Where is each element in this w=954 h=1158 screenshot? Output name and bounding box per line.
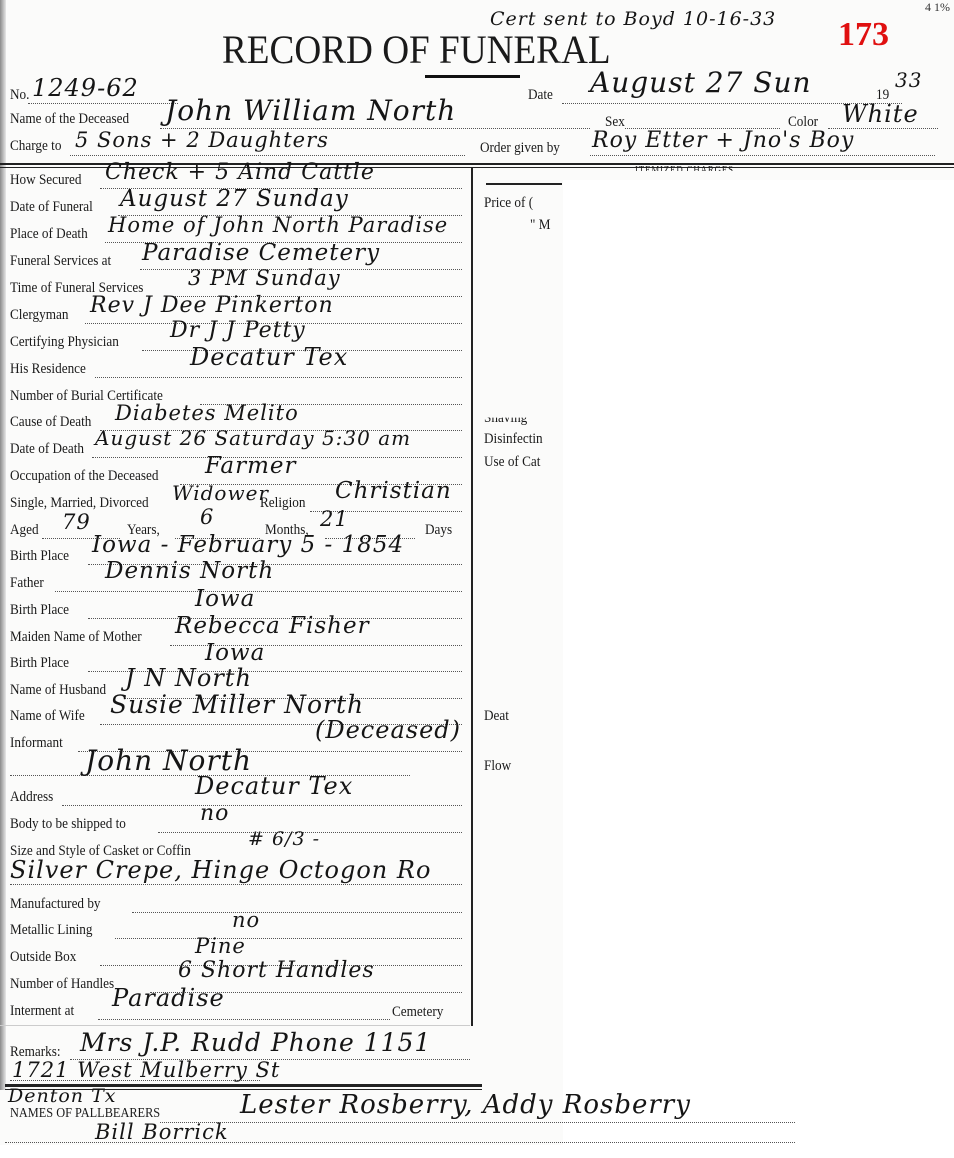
no-label: No.	[10, 87, 29, 104]
date-value: August 27 Sun	[590, 66, 812, 99]
physician-label: Certifying Physician	[10, 334, 119, 351]
interment-value: Paradise	[112, 984, 225, 1012]
how-secured-value: Check + 5 Aind Cattle	[105, 160, 375, 185]
blank-area	[563, 180, 954, 1158]
page-number: 173	[838, 16, 889, 54]
address-line	[62, 805, 462, 806]
informant-label: Informant	[10, 735, 63, 752]
casket-line-2	[10, 884, 462, 885]
date-of-funeral-label: Date of Funeral	[10, 199, 93, 216]
deceased-name-label: Name of the Deceased	[10, 111, 129, 128]
remarks-line-3-value: Denton Tx	[8, 1085, 116, 1107]
interment-label: Interment at	[10, 1003, 74, 1020]
aged-months-value: 6	[200, 505, 214, 529]
page-title: RECORD OF FUNERAL	[222, 26, 611, 73]
charge-item-ditto: " M	[530, 217, 550, 234]
order-given-by-label: Order given by	[480, 140, 560, 157]
handles-value: 6 Short Handles	[178, 958, 375, 983]
mother-birth-place-label: Birth Place	[10, 655, 69, 672]
casket-number: # 6/3 -	[248, 828, 320, 850]
manufactured-by-label: Manufactured by	[10, 896, 101, 913]
address-value: Decatur Tex	[195, 772, 353, 800]
outside-box-value: Pine	[195, 934, 246, 958]
father-line	[55, 591, 462, 592]
date-of-death-label: Date of Death	[10, 441, 84, 458]
mother-maiden-name-label: Maiden Name of Mother	[10, 629, 142, 646]
charge-item-use-of-car: Use of Cat	[484, 454, 540, 471]
no-line	[28, 103, 178, 104]
cause-of-death-value: Diabetes Melito	[115, 401, 299, 425]
informant-note: (Deceased)	[315, 716, 461, 744]
birth-place-label: Birth Place	[10, 548, 69, 565]
aged-years-value: 79	[62, 510, 91, 534]
date-of-funeral-value: August 27 Sunday	[120, 186, 349, 212]
physician-value: Dr J J Petty	[170, 318, 306, 343]
marital-status-value: Widower	[172, 481, 269, 505]
metallic-lining-label: Metallic Lining	[10, 922, 92, 939]
charge-item-disinfecting: Disinfectin	[484, 431, 543, 448]
corner-mark: 4 1%	[925, 0, 950, 15]
aged-label: Aged	[10, 522, 39, 539]
husband-label: Name of Husband	[10, 682, 106, 699]
date-of-death-value: August 26 Saturday 5:30 am	[95, 426, 411, 450]
shipped-to-label: Body to be shipped to	[10, 816, 126, 833]
father-label: Father	[10, 575, 44, 592]
title-divider	[425, 75, 520, 78]
pallbearers-line-1	[160, 1122, 795, 1123]
deceased-name-value: John William North	[165, 94, 456, 127]
interment-line	[98, 1019, 390, 1020]
religion-value: Christian	[335, 478, 452, 504]
mother-birth-place-value: Iowa	[205, 640, 265, 666]
how-secured-label: How Secured	[10, 172, 81, 189]
clergyman-value: Rev J Dee Pinkerton	[90, 293, 334, 318]
order-given-by-value: Roy Etter + Jno's Boy	[592, 128, 854, 153]
charge-item-flowers: Flow	[484, 758, 511, 775]
outside-box-label: Outside Box	[10, 949, 76, 966]
his-residence-label: His Residence	[10, 361, 86, 378]
shipped-to-value: no	[200, 801, 229, 826]
his-residence-line	[95, 377, 462, 378]
place-of-death-label: Place of Death	[10, 226, 88, 243]
charge-to-line	[70, 155, 465, 156]
year-value: 33	[895, 68, 922, 92]
wife-value: Susie Miller North	[110, 690, 364, 719]
casket-style-value: Silver Crepe, Hinge Octogon Ro	[10, 856, 431, 884]
charge-item-death: Deat	[484, 708, 509, 725]
wife-label: Name of Wife	[10, 708, 85, 725]
manufactured-by-line	[132, 912, 462, 913]
charge-item-price: Price of (	[484, 195, 533, 212]
order-given-by-line	[590, 155, 935, 156]
occupation-label: Occupation of the Deceased	[10, 468, 158, 485]
pallbearers-line-2-value: Bill Borrick	[95, 1120, 229, 1144]
charge-to-value: 5 Sons + 2 Daughters	[75, 128, 329, 152]
blank-bottom	[0, 1145, 954, 1158]
record-number: 1249-62	[32, 74, 139, 102]
date-label: Date	[528, 87, 553, 104]
time-of-services-value: 3 PM Sunday	[188, 266, 341, 290]
address-label: Address	[10, 789, 53, 806]
days-label: Days	[425, 522, 452, 539]
funeral-services-at-label: Funeral Services at	[10, 253, 111, 270]
remarks-line-1-value: Mrs J.P. Rudd Phone 1151	[80, 1028, 431, 1057]
occupation-value: Farmer	[205, 453, 297, 479]
father-value: Dennis North	[105, 558, 274, 584]
cause-of-death-label: Cause of Death	[10, 414, 91, 431]
charges-rule	[486, 183, 562, 185]
birth-place-value: Iowa - February 5 - 1854	[92, 532, 404, 558]
remarks-divider	[0, 1025, 470, 1026]
pallbearers-line-1-value: Lester Rosberry, Addy Rosberry	[240, 1090, 691, 1120]
clergyman-label: Clergyman	[10, 307, 68, 324]
cemetery-suffix: Cemetery	[392, 1004, 443, 1021]
husband-value: J N North	[125, 664, 252, 692]
color-value: White	[842, 100, 919, 128]
religion-label: Religion	[260, 495, 305, 512]
remarks-line-2-value: 1721 West Mulberry St	[12, 1058, 280, 1082]
aged-days-value: 21	[320, 507, 349, 531]
mother-maiden-name-value: Rebecca Fisher	[175, 613, 370, 639]
place-of-death-value: Home of John North Paradise	[108, 213, 448, 237]
itemized-charges-header: ITEMIZED CHARGES	[635, 165, 734, 171]
handles-label: Number of Handles	[10, 976, 114, 993]
father-birth-place-value: Iowa	[195, 586, 255, 612]
funeral-services-at-value: Paradise Cemetery	[142, 240, 380, 266]
charge-to-label: Charge to	[10, 138, 61, 155]
father-birth-place-label: Birth Place	[10, 602, 69, 619]
metallic-lining-line	[115, 938, 462, 939]
column-divider	[471, 168, 473, 1026]
his-residence-value: Decatur Tex	[190, 343, 348, 371]
metallic-lining-value: no	[232, 908, 260, 932]
